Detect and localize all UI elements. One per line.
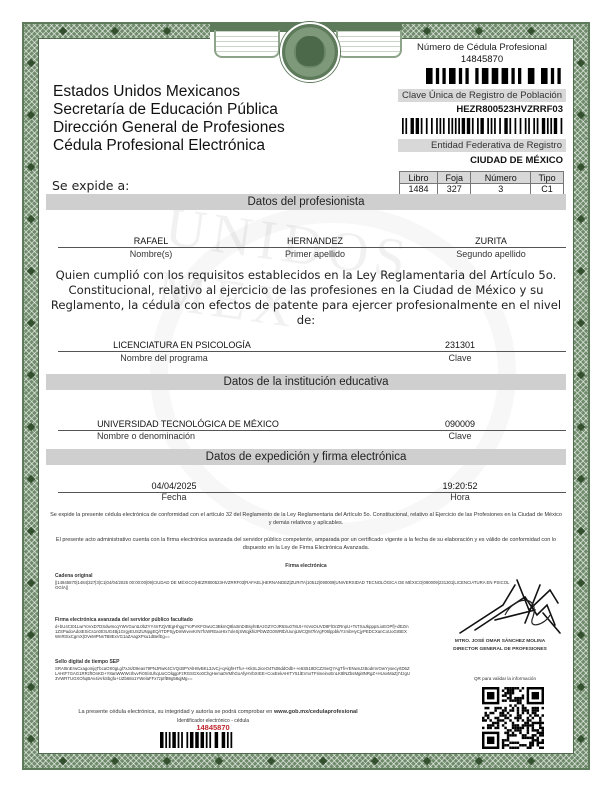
- original-chain-label: Cadena original: [55, 573, 93, 579]
- curp-value: HEZR800523HVZRRF03: [398, 104, 566, 115]
- header-line-country: Estados Unidos Mexicanos: [53, 83, 285, 101]
- signer-title: DIRECTOR GENERAL DE PROFESIONES: [432, 646, 568, 654]
- legal-paragraph-2: El presente acto administrativo cuenta c…: [48, 536, 564, 552]
- professional-name-row: RAFAEL HERNANDEZ ZURITA: [58, 236, 566, 248]
- curp-label: Clave Única de Registro de Población: [398, 89, 566, 102]
- issue-time-label: Hora: [450, 492, 470, 502]
- section-header-institution: Datos de la institución educativa: [46, 374, 566, 390]
- table-header-numero: Número: [471, 172, 531, 184]
- second-surname-value: ZURITA: [475, 236, 507, 246]
- section-header-professional: Datos del profesionista: [46, 194, 566, 210]
- compliance-statement: Quien cumplió con los requisitos estable…: [46, 268, 566, 328]
- handwritten-signature: [455, 575, 565, 635]
- table-header-foja: Foja: [438, 172, 471, 184]
- qr-caption: QR para validar la información: [450, 676, 560, 681]
- table-header-libro: Libro: [400, 172, 438, 184]
- section-header-issuance: Datos de expedición y firma electrónica: [46, 449, 566, 465]
- program-key-value: 231301: [445, 340, 475, 350]
- institution-name-value: UNIVERSIDAD TECNOLÓGICA DE MÉXICO: [97, 419, 279, 429]
- qr-code[interactable]: [482, 687, 544, 749]
- electronic-identifier-value: 14845870: [150, 723, 276, 732]
- program-name-value: LICENCIATURA EN PSICOLOGÍA: [113, 340, 251, 350]
- advanced-signature-label: Firma electrónica avanzada del servidor …: [55, 617, 193, 623]
- entity-value: CIUDAD DE MÉXICO: [398, 155, 566, 166]
- table-value-libro: 1484: [400, 184, 438, 195]
- registry-details-table: Libro Foja Número Tipo 1484 327 3 C1: [399, 171, 564, 195]
- issue-time-value: 19:20:52: [442, 481, 477, 491]
- emblem-right-ornament: [336, 30, 402, 58]
- cedula-number: 14845870: [398, 54, 566, 65]
- verification-text: La presente cédula electrónica, su integ…: [78, 709, 274, 715]
- registry-panel: Número de Cédula Profesional 14845870 Cl…: [398, 42, 566, 195]
- legal-paragraph-1: Se expide la presente cédula electrónica…: [48, 511, 564, 527]
- program-name-label: Nombre del programa: [120, 353, 208, 363]
- verification-url-link[interactable]: www.gob.mx/cedulaprofesional: [274, 709, 358, 715]
- curp-barcode: [402, 118, 564, 134]
- mexico-coat-of-arms-icon: [280, 22, 340, 82]
- header-line-secretariat: Secretaría de Educación Pública: [53, 101, 285, 119]
- first-surname-label: Primer apellido: [285, 249, 345, 259]
- issue-date-label: Fecha: [161, 492, 186, 502]
- table-value-numero: 3: [471, 184, 531, 195]
- signer-name: MTRO. JOSÉ OMAR SÁNCHEZ MOLINA: [432, 638, 568, 646]
- program-key-label: Clave: [448, 353, 471, 363]
- first-name-label: Nombre(s): [130, 249, 173, 259]
- issuance-row: 04/04/2025 19:20:52: [58, 481, 566, 493]
- second-surname-label: Segundo apellido: [456, 249, 526, 259]
- timestamp-value: SRAt5nErwCxagomjqTbcaOS0gLgl7xJs/D8eas79…: [55, 666, 410, 681]
- institution-row: UNIVERSIDAD TECNOLÓGICA DE MÉXICO 090009: [58, 419, 566, 431]
- program-row: LICENCIATURA EN PSICOLOGÍA 231301: [58, 340, 566, 352]
- table-header-tipo: Tipo: [531, 172, 564, 184]
- entity-label: Entidad Federativa de Registro: [398, 139, 566, 152]
- table-value-tipo: C1: [531, 184, 564, 195]
- institution-key-value: 090009: [445, 419, 475, 429]
- electronic-signature-heading: Firma electrónica: [48, 563, 564, 569]
- advanced-signature-value: d+bU4Ct01LwrYoVxD7DSdwmcqYWVGuntL0bZYY4r…: [55, 624, 410, 639]
- cedula-number-label: Número de Cédula Profesional: [398, 42, 566, 53]
- cedula-barcode: [426, 68, 564, 84]
- table-value-foja: 327: [438, 184, 471, 195]
- first-name-value: RAFAEL: [134, 236, 169, 246]
- institution-key-label: Clave: [448, 431, 471, 441]
- first-surname-value: HERNANDEZ: [287, 236, 343, 246]
- timestamp-label: Sello digital de tiempo SEP: [55, 659, 119, 665]
- original-chain-value: ||14845870|1484|327|3|C1|04/04/2025 00:0…: [55, 580, 510, 590]
- issuing-authority-header: Estados Unidos Mexicanos Secretaría de E…: [53, 83, 285, 155]
- verification-notice: La presente cédula electrónica, su integ…: [58, 709, 378, 715]
- institution-name-label: Nombre o denominación: [97, 431, 195, 441]
- identifier-barcode: [160, 732, 234, 748]
- header-line-directorate: Dirección General de Profesiones: [53, 119, 285, 137]
- emblem-left-ornament: [214, 30, 280, 58]
- header-line-document-type: Cédula Profesional Electrónica: [53, 137, 285, 155]
- issue-date-value: 04/04/2025: [151, 481, 196, 491]
- issued-to-label: Se expide a:: [52, 178, 129, 193]
